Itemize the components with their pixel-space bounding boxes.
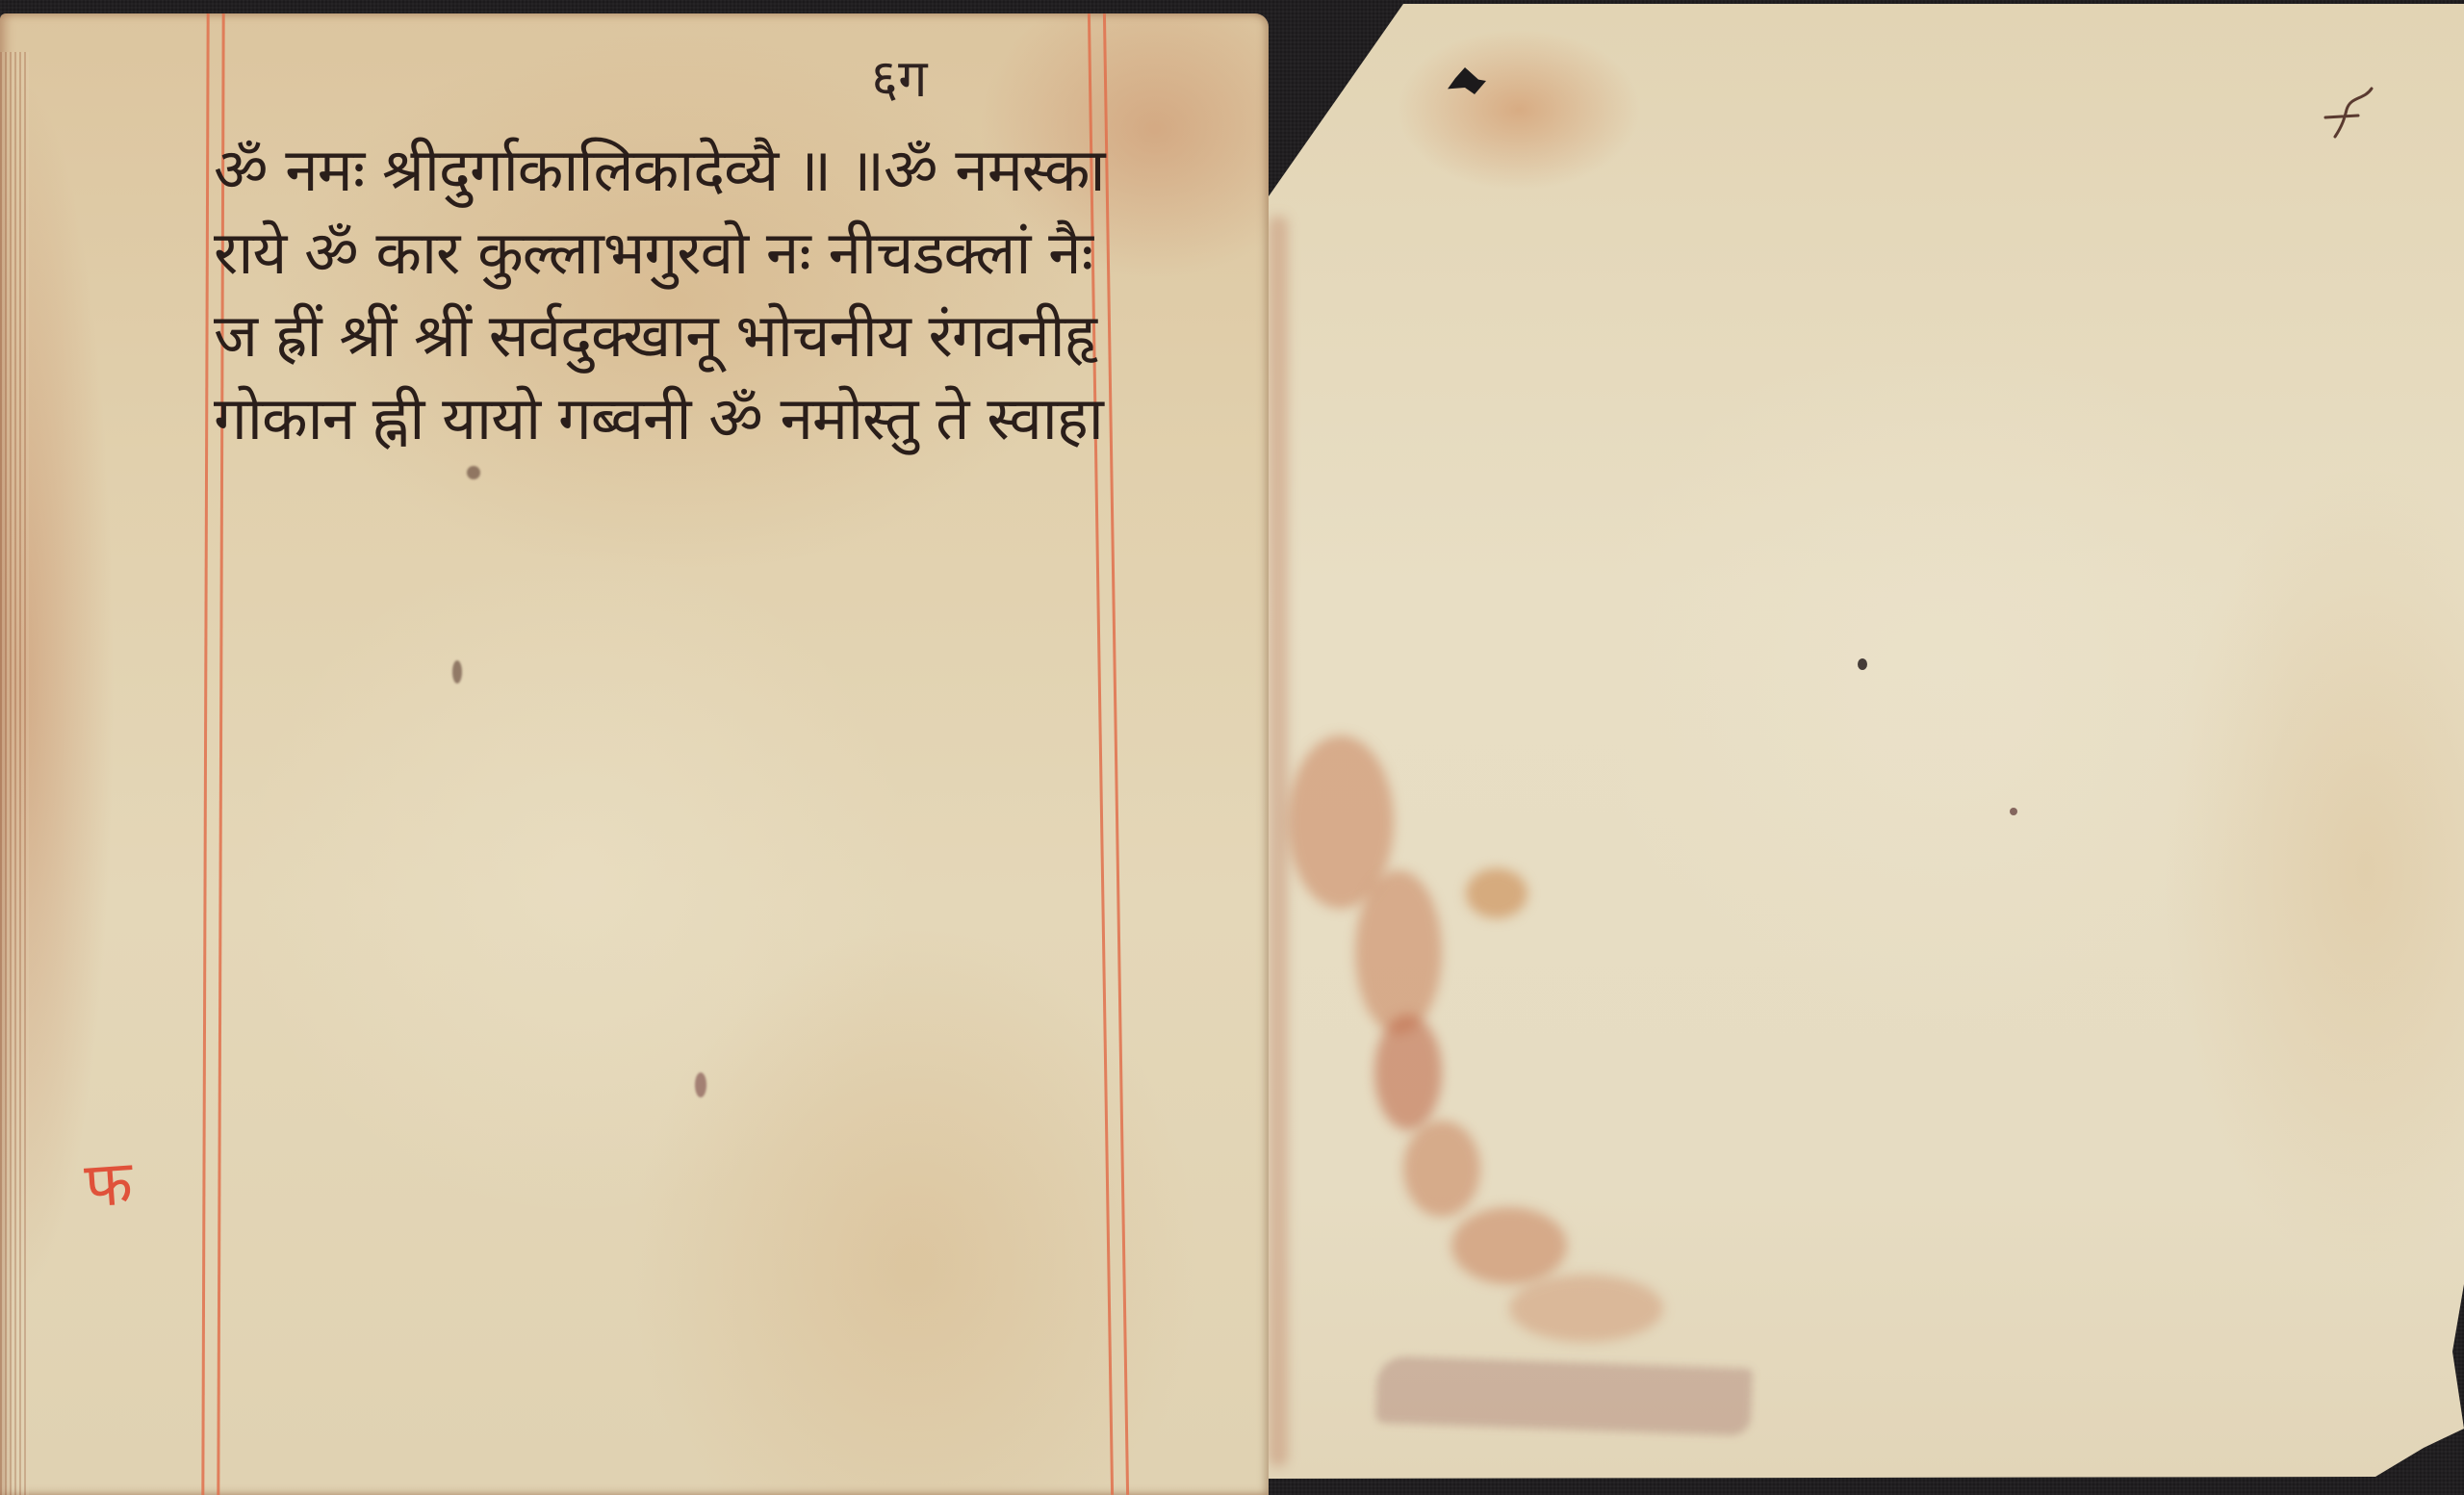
ink-speck bbox=[695, 1072, 706, 1097]
gutter-stain bbox=[1269, 216, 1288, 1467]
water-stain bbox=[1355, 870, 1442, 1034]
right-folio bbox=[1269, 4, 2464, 1479]
ink-speck bbox=[2010, 808, 2017, 815]
round-stain bbox=[1466, 868, 1527, 918]
text-line: राये ॐ कार कुल्लाभगुरवो नः नीचडक्लां नैः bbox=[214, 212, 1109, 295]
water-stain bbox=[1509, 1275, 1663, 1342]
ink-speck bbox=[452, 660, 462, 683]
manuscript-text-block: ॐ नमः श्रीदुर्गाकालिकादेव्यै ॥ ॥ॐ नमस्का… bbox=[214, 129, 1109, 460]
text-line: ज ह्रीं श्रीं श्रीं सर्वदुक्खानू भोचनीय … bbox=[214, 295, 1109, 377]
red-margin-mark: फ bbox=[82, 1138, 135, 1224]
stacked-leaf-edges bbox=[0, 52, 29, 1495]
water-stain bbox=[1374, 1015, 1442, 1130]
faded-stamp bbox=[1375, 1346, 1754, 1436]
left-folio: ६ग ॐ नमः श्रीदुर्गाकालिकादेव्यै ॥ ॥ॐ नमस… bbox=[0, 13, 1269, 1495]
text-line: गोकान ह्नी यायो गब्वनी ॐ नमोस्तु ते स्वा… bbox=[214, 377, 1109, 460]
ink-speck bbox=[467, 466, 480, 479]
folio-number: ६ग bbox=[871, 40, 927, 112]
text-line: ॐ नमः श्रीदुर्गाकालिकादेव्यै ॥ ॥ॐ नमस्का bbox=[214, 129, 1109, 212]
pen-mark bbox=[2310, 77, 2387, 154]
left-margin-rule-outer bbox=[201, 13, 209, 1495]
water-stain bbox=[1451, 1207, 1567, 1284]
water-stain bbox=[1403, 1121, 1480, 1217]
ink-speck bbox=[1858, 658, 1867, 670]
paper-hole bbox=[1448, 67, 1486, 94]
